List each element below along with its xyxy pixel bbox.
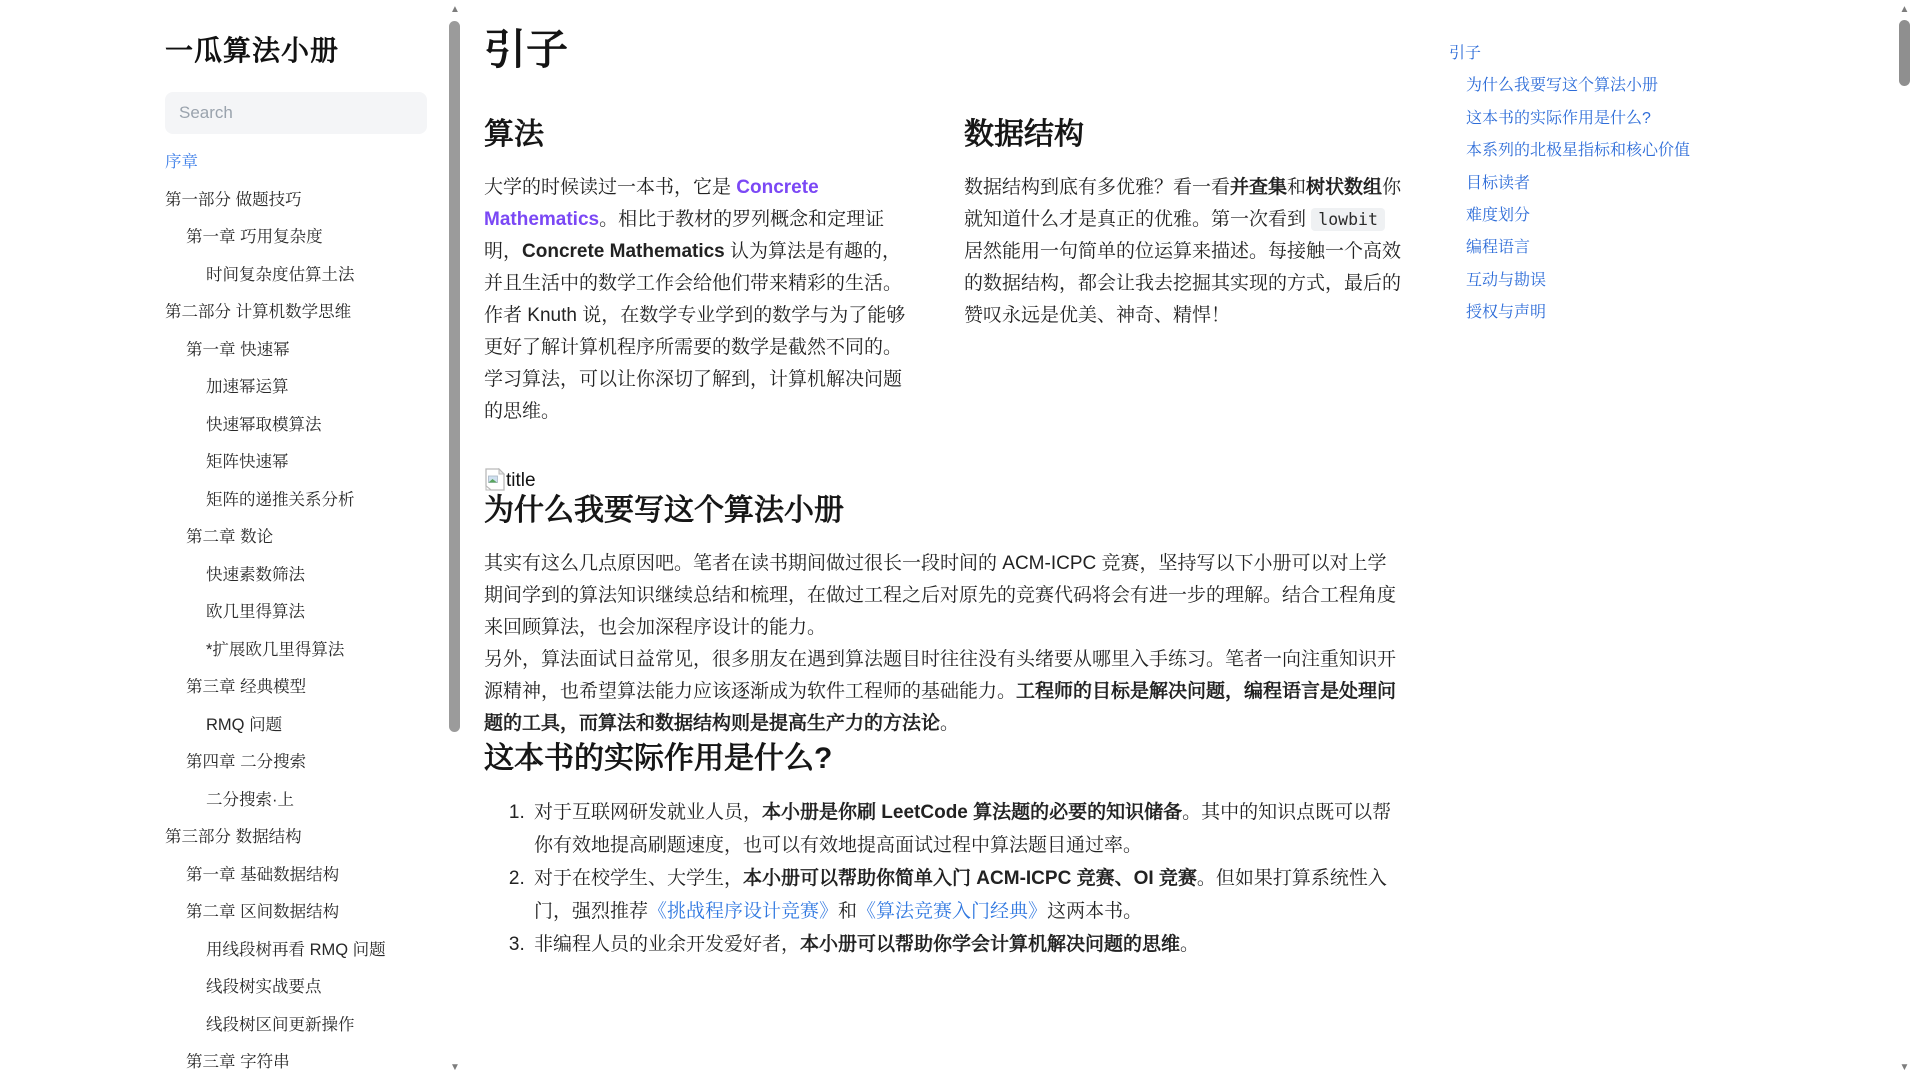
- sidebar-item[interactable]: 第三章 字符串: [165, 1044, 427, 1079]
- sidebar-item-label: 第一章 巧用复杂度: [186, 228, 323, 246]
- sidebar-item-label: 线段树实战要点: [206, 978, 322, 996]
- text-segment: 认为算法是有趣的，并且生活中的数学工作会给他们带来精彩的生活。作者 Knuth …: [484, 241, 905, 422]
- toc-item-label: 这本书的实际作用是什么?: [1466, 110, 1651, 127]
- sidebar-item[interactable]: 矩阵的递推关系分析: [165, 482, 427, 520]
- data-structure-paragraph: 数据结构到底有多优雅？看一看并查集和树状数组你就知道什么才是真正的优雅。第一次看…: [964, 172, 1404, 332]
- use-list-item: 非编程人员的业余开发爱好者，本小册可以帮助你学会计算机解决问题的思维。: [530, 928, 1404, 961]
- broken-image-figure: title: [484, 468, 1404, 492]
- why-paragraph-2: 另外，算法面试日益常见，很多朋友在遇到算法题目时往往没有头绪要从哪里入手练习。笔…: [484, 644, 1404, 740]
- sidebar-item-label: 第二部分 计算机数学思维: [165, 303, 351, 321]
- sidebar-item[interactable]: 第二章 区间数据结构: [165, 894, 427, 932]
- use-list-item-text: 对于在校学生、大学生，本小册可以帮助你简单入门 ACM-ICPC 竞赛、OI 竞…: [534, 868, 1387, 922]
- text-segment: 并查集: [1230, 177, 1287, 198]
- sidebar-item[interactable]: 二分搜索·上: [165, 782, 427, 820]
- toc-item-label: 编程语言: [1466, 239, 1530, 256]
- why-heading: 为什么我要写这个算法小册: [484, 492, 1404, 530]
- text-segment: 。: [940, 713, 959, 734]
- sidebar-item-label: 第一部分 做题技巧: [165, 191, 302, 209]
- toc-item-label: 为什么我要写这个算法小册: [1466, 77, 1658, 94]
- inline-link[interactable]: 《算法竞赛入门经典》: [857, 901, 1047, 922]
- toc-item[interactable]: 授权与声明: [1449, 297, 1849, 329]
- text-segment: 本小册是你刷 LeetCode 算法题的必要的知识储备: [762, 802, 1182, 823]
- broken-image-icon: [484, 468, 506, 492]
- sidebar-item[interactable]: 第一章 快速幂: [165, 332, 427, 370]
- use-list-item-text: 非编程人员的业余开发爱好者，本小册可以帮助你学会计算机解决问题的思维。: [534, 934, 1199, 955]
- window-scrollbar-thumb[interactable]: [1899, 20, 1910, 86]
- toc-item-label: 引子: [1449, 45, 1481, 62]
- sidebar-item[interactable]: 第三部分 数据结构: [165, 819, 427, 857]
- toc-item[interactable]: 本系列的北极星指标和核心价值: [1449, 135, 1849, 167]
- sidebar-item-label: 用线段树再看 RMQ 问题: [206, 941, 386, 959]
- sidebar-item-label: 快速幂取模算法: [206, 416, 322, 434]
- toc-item[interactable]: 引子: [1449, 38, 1849, 70]
- toc-item[interactable]: 编程语言: [1449, 232, 1849, 264]
- toc-item[interactable]: 难度划分: [1449, 200, 1849, 232]
- text-segment: 对于在校学生、大学生，: [534, 868, 743, 889]
- sidebar-item[interactable]: 第一部分 做题技巧: [165, 182, 427, 220]
- scroll-up-icon[interactable]: ▲: [447, 3, 463, 17]
- toc-item-label: 难度划分: [1466, 207, 1530, 224]
- sidebar-item[interactable]: RMQ 问题: [165, 707, 427, 745]
- intro-columns: 算法 大学的时候读过一本书，它是 Concrete Mathematics。相比…: [484, 116, 1404, 428]
- text-segment: Concrete Mathematics: [522, 241, 725, 262]
- algorithm-heading: 算法: [484, 116, 916, 154]
- sidebar-item[interactable]: 矩阵快速幂: [165, 444, 427, 482]
- sidebar-item-label: 序章: [165, 153, 198, 171]
- sidebar-item[interactable]: 第一章 基础数据结构: [165, 857, 427, 895]
- sidebar-item[interactable]: 序章: [165, 144, 427, 182]
- sidebar-item[interactable]: 快速素数筛法: [165, 557, 427, 595]
- algorithm-section: 算法 大学的时候读过一本书，它是 Concrete Mathematics。相比…: [484, 116, 916, 428]
- search-input[interactable]: [165, 92, 427, 134]
- why-paragraph-1: 其实有这么几点原因吧。笔者在读书期间做过很长一段时间的 ACM-ICPC 竞赛，…: [484, 548, 1404, 644]
- use-list-item: 对于在校学生、大学生，本小册可以帮助你简单入门 ACM-ICPC 竞赛、OI 竞…: [530, 862, 1404, 928]
- sidebar-item[interactable]: 第一章 巧用复杂度: [165, 219, 427, 257]
- data-structure-section: 数据结构 数据结构到底有多优雅？看一看并查集和树状数组你就知道什么才是真正的优雅…: [964, 116, 1404, 428]
- sidebar-item-label: 第一章 基础数据结构: [186, 866, 339, 884]
- text-segment: 对于互联网研发就业人员，: [534, 802, 762, 823]
- text-segment: 居然能用一句简单的位运算来描述。每接触一个高效的数据结构，都会让我去挖掘其实现的…: [964, 241, 1401, 326]
- toc-item[interactable]: 这本书的实际作用是什么?: [1449, 103, 1849, 135]
- sidebar-item-label: 第三部分 数据结构: [165, 828, 302, 846]
- sidebar-item-label: *扩展欧几里得算法: [206, 641, 344, 659]
- toc-item-label: 授权与声明: [1466, 304, 1546, 321]
- book-title: 一瓜算法小册: [165, 36, 427, 66]
- scroll-down-icon[interactable]: ▼: [1896, 1061, 1913, 1075]
- scroll-up-icon[interactable]: ▲: [1896, 3, 1913, 17]
- text-segment: 本小册可以帮助你简单入门 ACM-ICPC 竞赛、OI 竞赛: [743, 868, 1197, 889]
- sidebar-item[interactable]: *扩展欧几里得算法: [165, 632, 427, 670]
- sidebar-item-label: 快速素数筛法: [206, 566, 305, 584]
- sidebar-item-label: 第四章 二分搜索: [186, 753, 306, 771]
- toc-item-label: 互动与勘误: [1466, 272, 1546, 289]
- sidebar-item[interactable]: 线段树区间更新操作: [165, 1007, 427, 1045]
- sidebar-scrollbar: ▲ ▼: [447, 0, 463, 1079]
- main-content: 引子 算法 大学的时候读过一本书，它是 Concrete Mathematics…: [484, 24, 1404, 961]
- sidebar-item[interactable]: 快速幂取模算法: [165, 407, 427, 445]
- use-list: 对于互联网研发就业人员，本小册是你刷 LeetCode 算法题的必要的知识储备。…: [484, 796, 1404, 961]
- text-segment: 数据结构到底有多优雅？看一看: [964, 177, 1230, 198]
- image-alt-text: title: [506, 470, 536, 492]
- sidebar-item[interactable]: 第二章 数论: [165, 519, 427, 557]
- table-of-contents: 引子 为什么我要写这个算法小册 这本书的实际作用是什么? 本系列的北极星指标和核…: [1449, 38, 1849, 330]
- sidebar-item-label: 第一章 快速幂: [186, 341, 290, 359]
- data-structure-heading: 数据结构: [964, 116, 1404, 154]
- sidebar-item-label: 第二章 数论: [186, 528, 273, 546]
- sidebar-item[interactable]: 加速幂运算: [165, 369, 427, 407]
- sidebar-item-label: 加速幂运算: [206, 378, 289, 396]
- text-segment: 非编程人员的业余开发爱好者，: [534, 934, 800, 955]
- inline-code: lowbit: [1311, 208, 1385, 231]
- sidebar-item-label: 第二章 区间数据结构: [186, 903, 339, 921]
- text-segment: 本小册可以帮助你学会计算机解决问题的思维: [800, 934, 1180, 955]
- text-segment: 和: [1287, 177, 1306, 198]
- sidebar-item[interactable]: 欧几里得算法: [165, 594, 427, 632]
- sidebar-item-label: 矩阵的递推关系分析: [206, 491, 355, 509]
- sidebar-item-label: 第三章 字符串: [186, 1053, 290, 1071]
- text-segment: 和: [838, 901, 857, 922]
- text-segment: 大学的时候读过一本书，它是: [484, 177, 736, 198]
- text-segment: 这两本书。: [1047, 901, 1142, 922]
- sidebar-item[interactable]: 用线段树再看 RMQ 问题: [165, 932, 427, 970]
- text-segment: 其实有这么几点原因吧。笔者在读书期间做过很长一段时间的 ACM-ICPC 竞赛，…: [484, 553, 1396, 638]
- text-segment: 树状数组: [1306, 177, 1382, 198]
- text-segment: 。: [1180, 934, 1199, 955]
- toc-item-label: 本系列的北极星指标和核心价值: [1466, 142, 1690, 159]
- use-heading: 这本书的实际作用是什么?: [484, 740, 1404, 778]
- use-list-item-text: 对于互联网研发就业人员，本小册是你刷 LeetCode 算法题的必要的知识储备。…: [534, 802, 1391, 856]
- scroll-down-icon[interactable]: ▼: [447, 1061, 463, 1075]
- sidebar-item-label: 二分搜索·上: [206, 791, 294, 809]
- sidebar-scrollbar-thumb[interactable]: [449, 21, 460, 732]
- window-scrollbar: ▲ ▼: [1896, 0, 1913, 1079]
- sidebar-item[interactable]: 时间复杂度估算土法: [165, 257, 427, 295]
- use-list-item: 对于互联网研发就业人员，本小册是你刷 LeetCode 算法题的必要的知识储备。…: [530, 796, 1404, 862]
- sidebar-item-label: 第三章 经典模型: [186, 678, 306, 696]
- algorithm-paragraph: 大学的时候读过一本书，它是 Concrete Mathematics。相比于教材…: [484, 172, 916, 428]
- sidebar-item-label: 矩阵快速幂: [206, 453, 289, 471]
- sidebar-item[interactable]: 第四章 二分搜索: [165, 744, 427, 782]
- sidebar-item-label: 欧几里得算法: [206, 603, 305, 621]
- sidebar-nav: 序章 第一部分 做题技巧 第一章 巧用复杂度 时间复杂度估算土法 第二部分 计算…: [165, 144, 427, 1079]
- sidebar-item-label: 时间复杂度估算土法: [206, 266, 355, 284]
- toc-item-label: 目标读者: [1466, 175, 1530, 192]
- toc-item[interactable]: 互动与勘误: [1449, 265, 1849, 297]
- sidebar-item-label: RMQ 问题: [206, 716, 282, 734]
- sidebar: 一瓜算法小册 序章 第一部分 做题技巧 第一章 巧用复杂度 时间复杂度估算土法 …: [165, 36, 427, 1079]
- sidebar-item-label: 线段树区间更新操作: [206, 1016, 355, 1034]
- sidebar-item[interactable]: 第三章 经典模型: [165, 669, 427, 707]
- toc-item[interactable]: 为什么我要写这个算法小册: [1449, 70, 1849, 102]
- page-title: 引子: [484, 24, 1404, 76]
- sidebar-item[interactable]: 线段树实战要点: [165, 969, 427, 1007]
- inline-link[interactable]: 《挑战程序设计竞赛》: [648, 901, 838, 922]
- toc-item[interactable]: 目标读者: [1449, 168, 1849, 200]
- sidebar-item[interactable]: 第二部分 计算机数学思维: [165, 294, 427, 332]
